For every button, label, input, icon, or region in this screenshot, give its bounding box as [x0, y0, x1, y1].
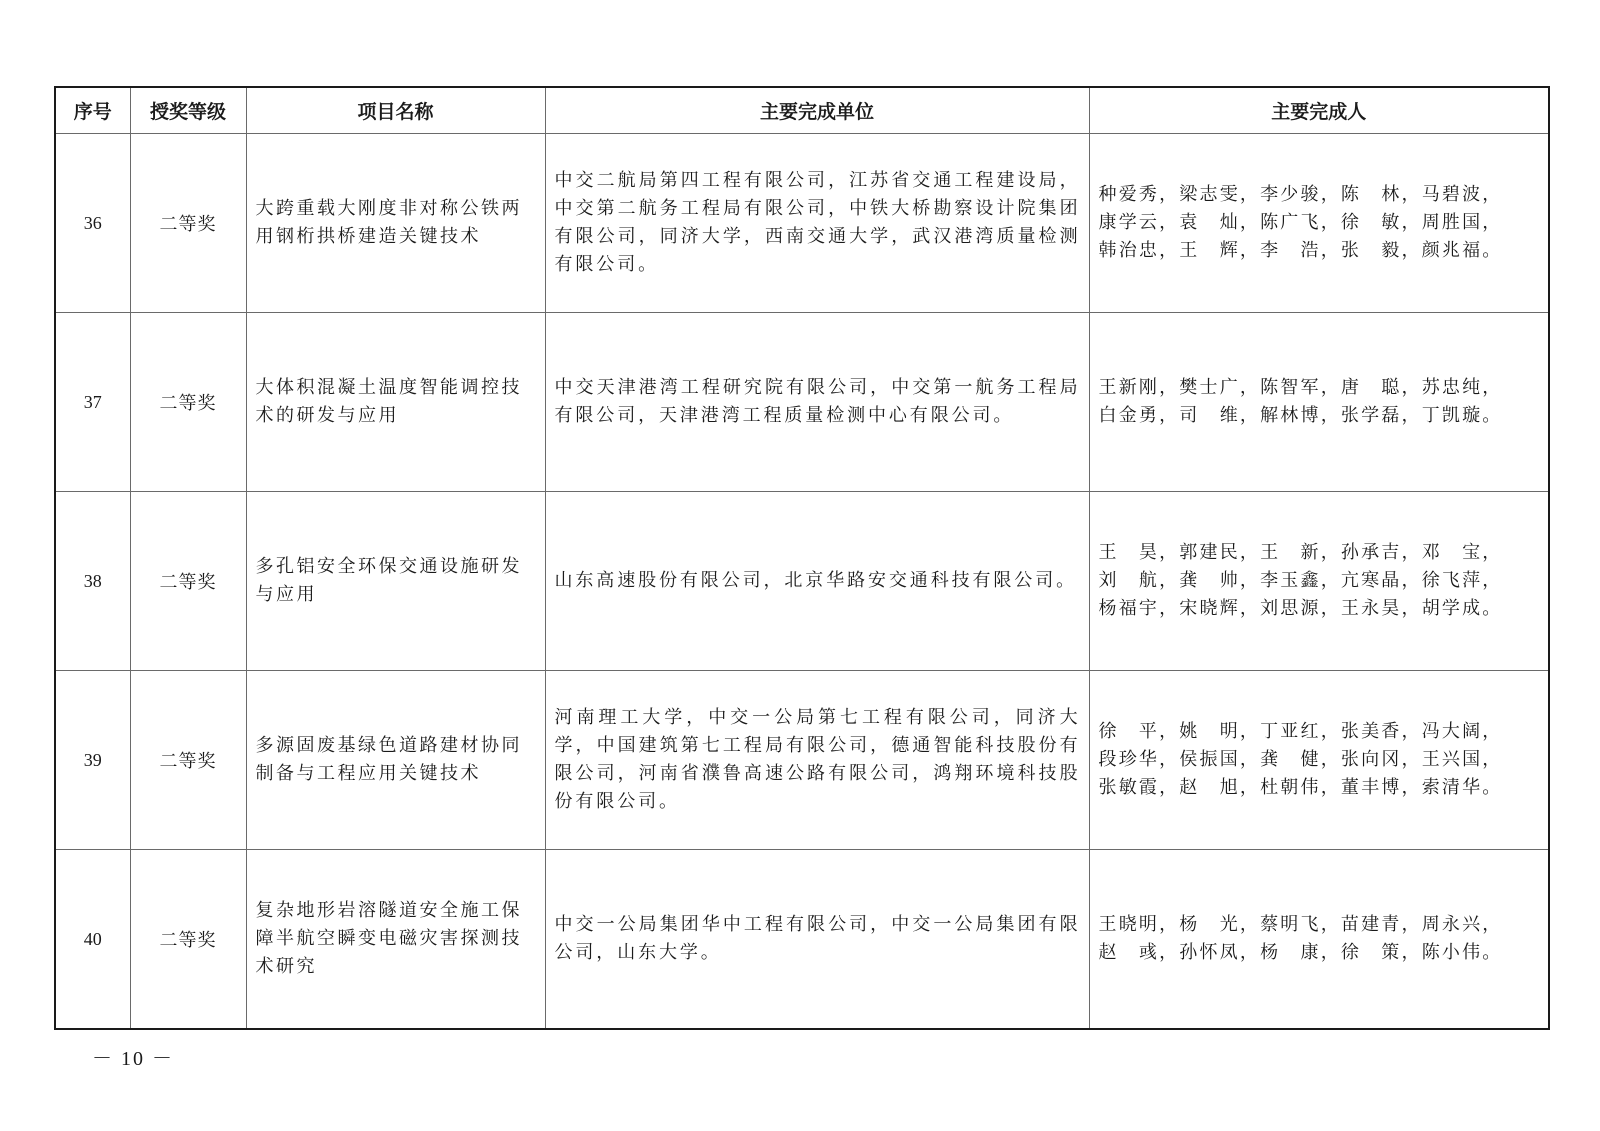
header-seq: 序号 [55, 87, 130, 134]
header-people: 主要完成人 [1089, 87, 1549, 134]
cell-units: 山东高速股份有限公司，北京华路安交通科技有限公司。 [545, 492, 1089, 671]
cell-units: 中交天津港湾工程研究院有限公司，中交第一航务工程局有限公司，天津港湾工程质量检测… [545, 313, 1089, 492]
cell-grade: 二等奖 [130, 492, 246, 671]
cell-units: 中交二航局第四工程有限公司，江苏省交通工程建设局，中交第二航务工程局有限公司，中… [545, 134, 1089, 313]
cell-people: 徐 平，姚 明，丁亚红，张美香，冯大阔， 段珍华，侯振国，龚 健，张向冈，王兴国… [1089, 671, 1549, 850]
table-header-row: 序号 授奖等级 项目名称 主要完成单位 主要完成人 [55, 87, 1549, 134]
cell-people: 种爱秀，梁志雯，李少骏，陈 林，马碧波， 康学云，袁 灿，陈广飞，徐 敏，周胜国… [1089, 134, 1549, 313]
cell-project: 大体积混凝土温度智能调控技术的研发与应用 [246, 313, 545, 492]
cell-project: 复杂地形岩溶隧道安全施工保障半航空瞬变电磁灾害探测技术研究 [246, 850, 545, 1030]
cell-project: 多孔铝安全环保交通设施研发与应用 [246, 492, 545, 671]
cell-seq: 39 [55, 671, 130, 850]
awards-table: 序号 授奖等级 项目名称 主要完成单位 主要完成人 36 二等奖 大跨重载大刚度… [54, 86, 1550, 1030]
cell-seq: 37 [55, 313, 130, 492]
cell-grade: 二等奖 [130, 850, 246, 1030]
table-row: 40 二等奖 复杂地形岩溶隧道安全施工保障半航空瞬变电磁灾害探测技术研究 中交一… [55, 850, 1549, 1030]
cell-people: 王新刚，樊士广，陈智军，唐 聪，苏忠纯， 白金勇，司 维，解林博，张学磊，丁凯璇… [1089, 313, 1549, 492]
table-row: 38 二等奖 多孔铝安全环保交通设施研发与应用 山东高速股份有限公司，北京华路安… [55, 492, 1549, 671]
cell-people: 王 昊，郭建民，王 新，孙承吉，邓 宝， 刘 航，龚 帅，李玉鑫，亢寒晶，徐飞萍… [1089, 492, 1549, 671]
cell-grade: 二等奖 [130, 134, 246, 313]
page-number: － 10 － [92, 1042, 174, 1071]
table-row: 36 二等奖 大跨重载大刚度非对称公铁两用钢桁拱桥建造关键技术 中交二航局第四工… [55, 134, 1549, 313]
cell-seq: 38 [55, 492, 130, 671]
document-page: 序号 授奖等级 项目名称 主要完成单位 主要完成人 36 二等奖 大跨重载大刚度… [0, 0, 1600, 1131]
cell-people: 王晓明，杨 光，蔡明飞，苗建青，周永兴， 赵 彧，孙怀凤，杨 康，徐 策，陈小伟… [1089, 850, 1549, 1030]
table-row: 37 二等奖 大体积混凝土温度智能调控技术的研发与应用 中交天津港湾工程研究院有… [55, 313, 1549, 492]
header-grade: 授奖等级 [130, 87, 246, 134]
cell-grade: 二等奖 [130, 671, 246, 850]
cell-project: 多源固废基绿色道路建材协同制备与工程应用关键技术 [246, 671, 545, 850]
header-units: 主要完成单位 [545, 87, 1089, 134]
cell-units: 河南理工大学，中交一公局第七工程有限公司，同济大学，中国建筑第七工程局有限公司，… [545, 671, 1089, 850]
cell-project: 大跨重载大刚度非对称公铁两用钢桁拱桥建造关键技术 [246, 134, 545, 313]
cell-seq: 40 [55, 850, 130, 1030]
cell-units: 中交一公局集团华中工程有限公司，中交一公局集团有限公司，山东大学。 [545, 850, 1089, 1030]
header-project: 项目名称 [246, 87, 545, 134]
cell-grade: 二等奖 [130, 313, 246, 492]
cell-seq: 36 [55, 134, 130, 313]
table-row: 39 二等奖 多源固废基绿色道路建材协同制备与工程应用关键技术 河南理工大学，中… [55, 671, 1549, 850]
